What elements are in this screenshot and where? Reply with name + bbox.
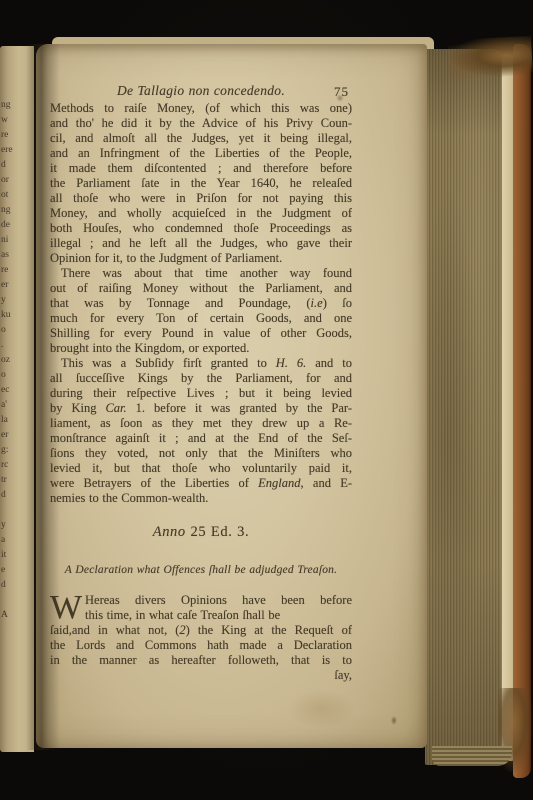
book-photo: ngwreeredorotngdeniasreerykuo.ozoeca'lae…: [0, 0, 533, 800]
paragraph-3: This was a Subſidy firſt granted to H. 6…: [50, 356, 352, 506]
stacked-pages-corner: [432, 746, 512, 766]
dropcap-intro-lines: Hereas divers Opinions have been beforet…: [85, 593, 352, 623]
book-cover-edge: [513, 44, 531, 778]
book-fore-edge: [425, 49, 503, 765]
paragraph-1: Methods to raiſe Money, (of which this w…: [50, 101, 352, 266]
text-column: De Tallagio non concedendo. 75 Methods t…: [50, 83, 352, 683]
page-number: 75: [334, 84, 349, 99]
header-title: De Tallagio non concedendo.: [50, 83, 352, 98]
running-header: De Tallagio non concedendo. 75: [50, 83, 352, 99]
frayed-corner-top: [447, 36, 533, 80]
dropcap-row: W Hereas divers Opinions have been befor…: [50, 593, 352, 623]
drop-cap: W: [50, 593, 85, 623]
dropcap-paragraph: W Hereas divers Opinions have been befor…: [50, 593, 352, 683]
previous-page-edge: ngwreeredorotngdeniasreerykuo.ozoeca'lae…: [0, 46, 34, 752]
section-heading: Anno 25 Ed. 3.: [50, 525, 352, 542]
dropcap-rest-lines: ſaid,and in what not, (2) the King at th…: [50, 623, 352, 683]
section-subheading: A Declaration what Offences ſhall be adj…: [50, 563, 352, 578]
margin-text-fragments: ngwreeredorotngdeniasreerykuo.ozoeca'lae…: [1, 98, 16, 623]
book-page: De Tallagio non concedendo. 75 Methods t…: [36, 44, 427, 748]
paper-speck: [391, 716, 397, 725]
paragraph-2: There was about that time another way fo…: [50, 266, 352, 356]
paper-stain: [286, 689, 356, 729]
